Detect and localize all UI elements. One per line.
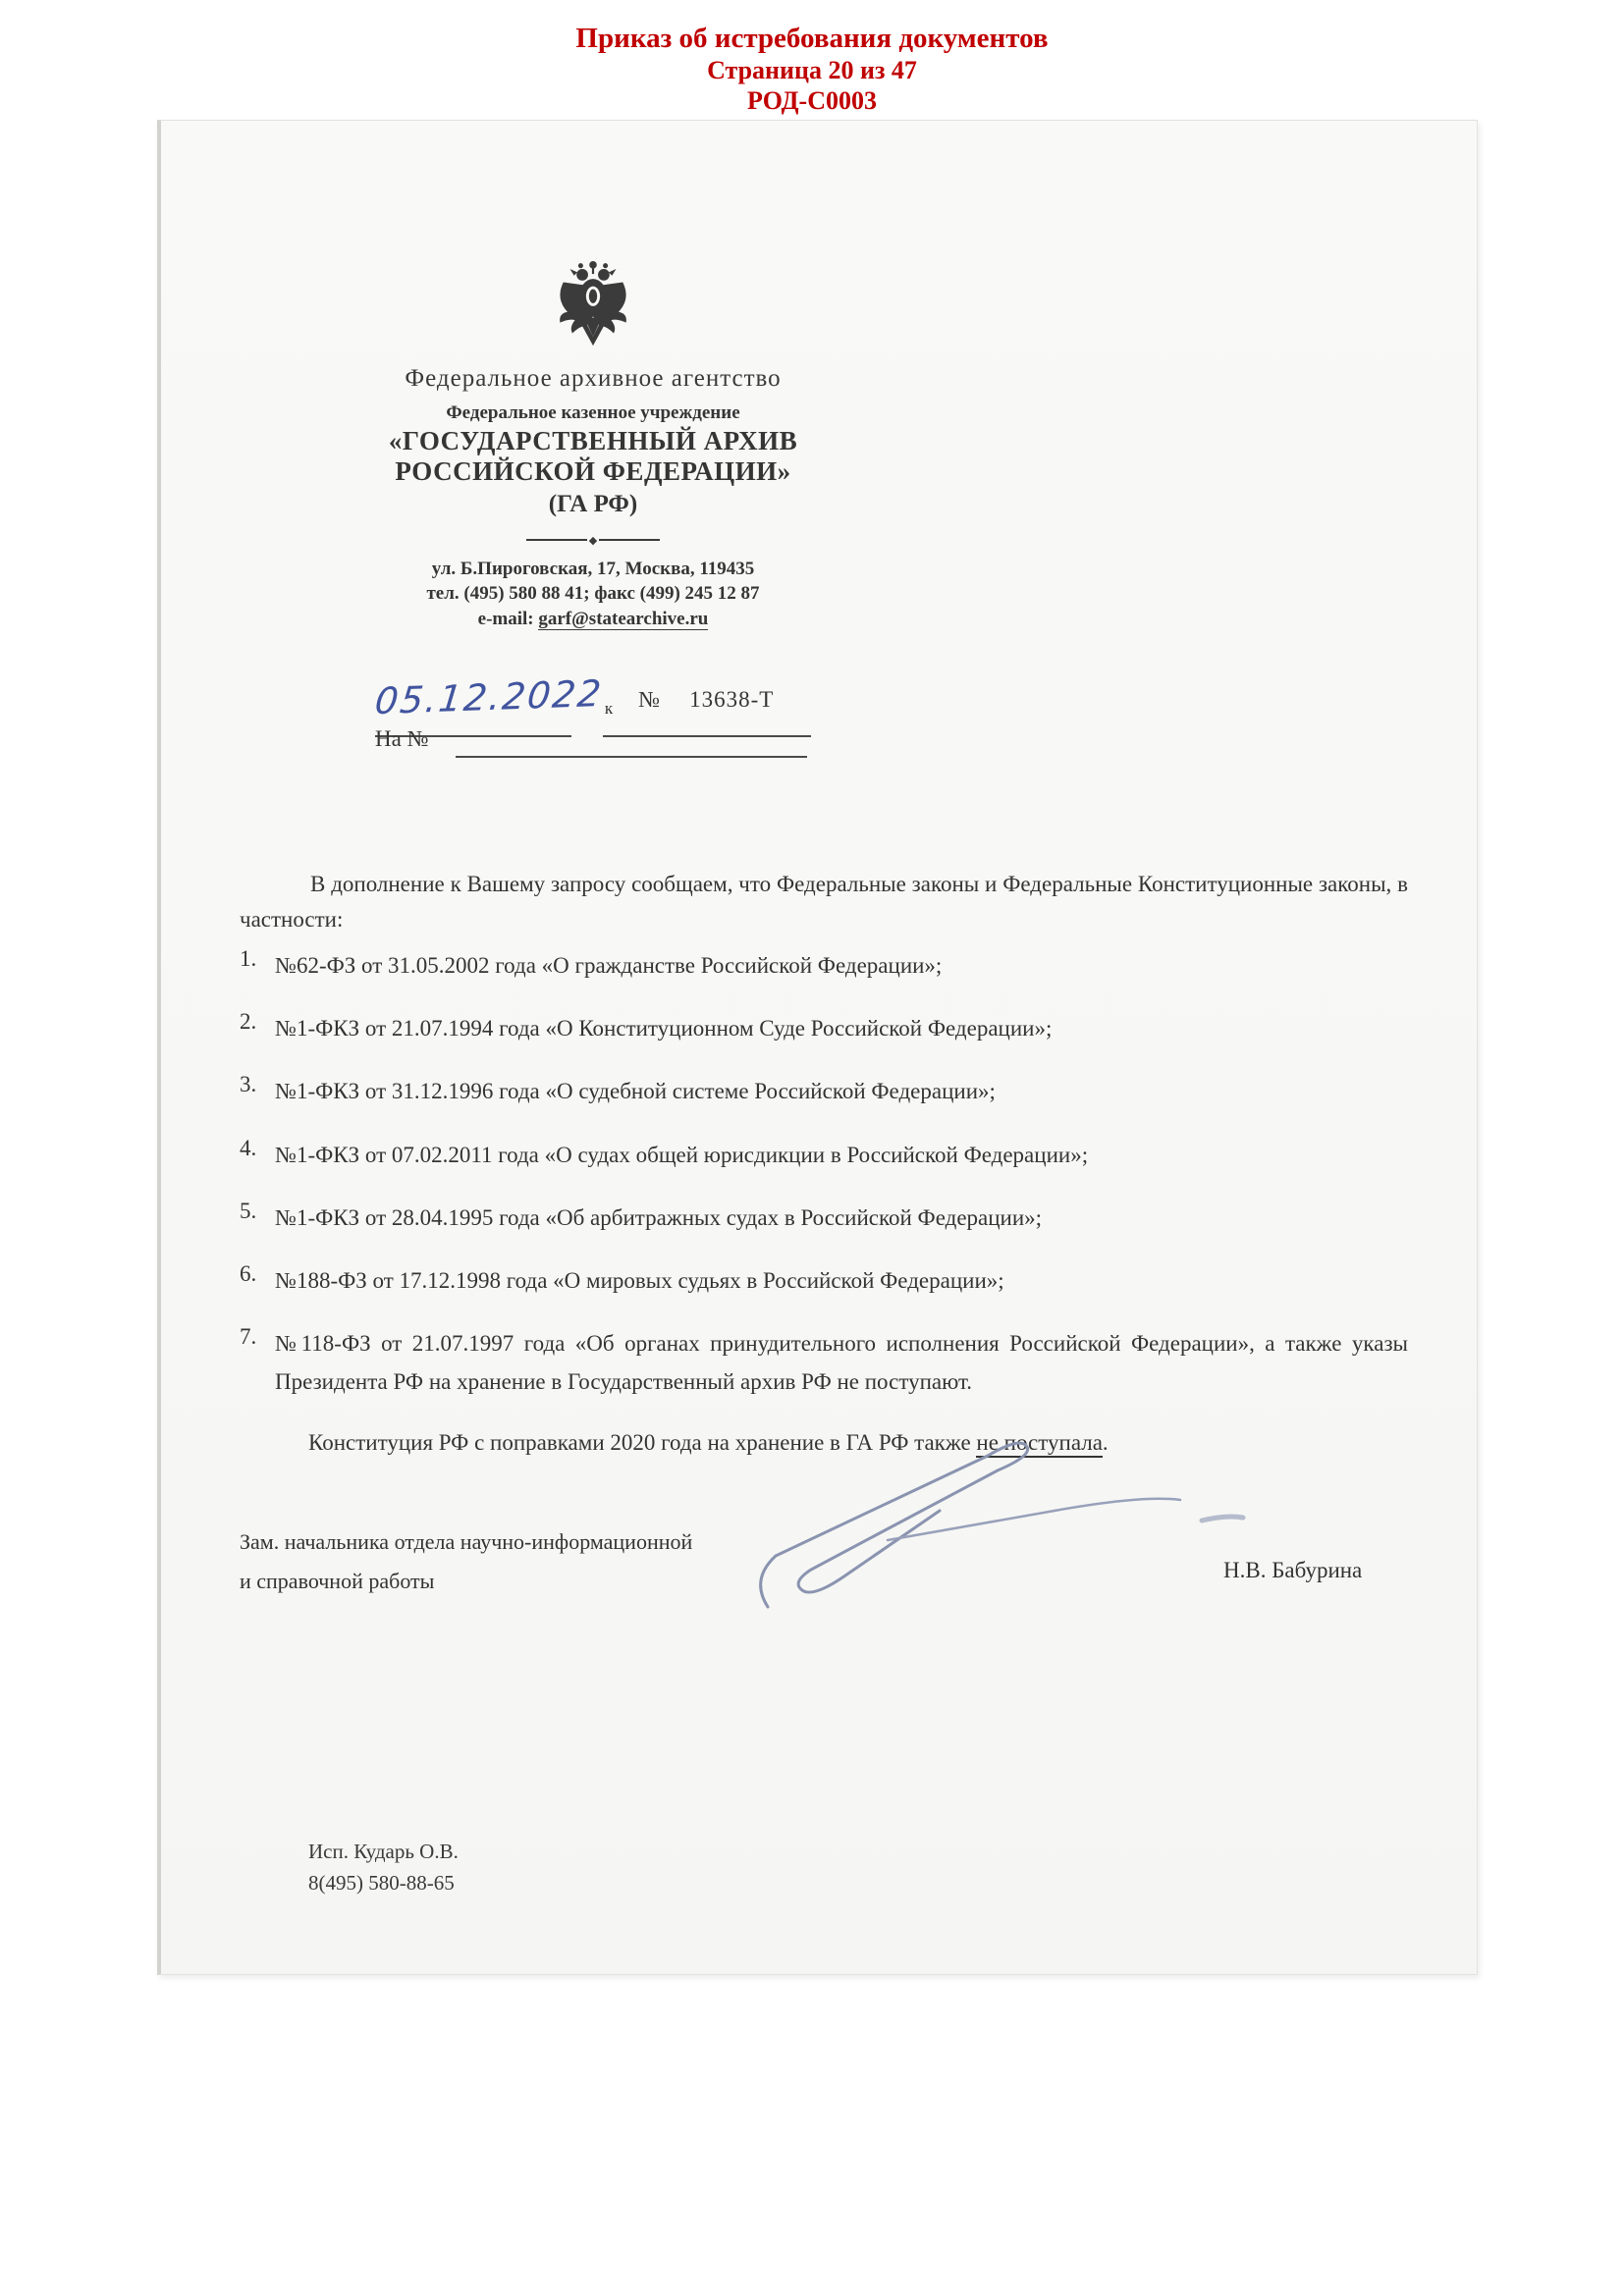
executor-phone: 8(495) 580-88-65 xyxy=(308,1868,459,1899)
number-sign: № xyxy=(638,687,660,713)
diamond-icon: ◆ xyxy=(589,534,597,547)
double-headed-eagle-emblem-icon xyxy=(552,258,634,352)
handwritten-date: 05.12.2022 xyxy=(373,672,605,722)
reference-block: 05.12.2022 к № 13638-Т На № xyxy=(375,676,1003,752)
reply-reference-line: На № xyxy=(375,726,1003,752)
list-item: 4.№1-ФКЗ от 07.02.2011 года «О судах общ… xyxy=(240,1136,1408,1174)
repository-header: Приказ об истребования документов Страни… xyxy=(0,24,1624,114)
list-item: 2.№1-ФКЗ от 21.07.1994 года «О Конституц… xyxy=(240,1009,1408,1047)
list-item: 3.№1-ФКЗ от 31.12.1996 года «О судебной … xyxy=(240,1072,1408,1110)
list-item: 6.№188-ФЗ от 17.12.1998 года «О мировых … xyxy=(240,1261,1408,1300)
intro-paragraph: В дополнение к Вашему запросу сообщаем, … xyxy=(240,867,1408,936)
letterhead: Федеральное архивное агентство Федеральн… xyxy=(161,258,1025,631)
signer-position: Зам. начальника отдела научно-информацио… xyxy=(240,1522,692,1600)
list-item: 5.№1-ФКЗ от 28.04.1995 года «Об арбитраж… xyxy=(240,1199,1408,1237)
signer-name: Н.В. Бабурина xyxy=(1223,1558,1362,1583)
document-code: РОД-С0003 xyxy=(0,87,1624,114)
document-title: Приказ об истребования документов xyxy=(0,24,1624,53)
postal-address: ул. Б.Пироговская, 17, Москва, 119435 xyxy=(161,557,1025,582)
list-item: 1.№62-ФЗ от 31.05.2002 года «О гражданст… xyxy=(240,946,1408,985)
archive-abbreviation: (ГА РФ) xyxy=(161,491,1025,518)
email-address: garf@statearchive.ru xyxy=(538,609,708,630)
page-indicator: Страница 20 из 47 xyxy=(0,57,1624,83)
agency-name: Федеральное архивное агентство xyxy=(161,365,1025,393)
institution-type: Федеральное казенное учреждение xyxy=(161,402,1025,424)
letterhead-divider: ◆ xyxy=(161,534,1025,547)
letter-body: В дополнение к Вашему запросу сообщаем, … xyxy=(240,867,1408,1484)
list-item: 7.№118-ФЗ от 21.07.1997 года «Об органах… xyxy=(240,1324,1408,1401)
scanned-letter-page: Федеральное архивное агентство Федеральн… xyxy=(157,120,1478,1975)
executor-block: Исп. Кударь О.В. 8(495) 580-88-65 xyxy=(308,1837,459,1898)
law-list: 1.№62-ФЗ от 31.05.2002 года «О гражданст… xyxy=(240,946,1408,1401)
email-line: e-mail: garf@statearchive.ru xyxy=(161,607,1025,632)
handwritten-signature-icon xyxy=(740,1415,1271,1621)
phone-fax: тел. (495) 580 88 41; факс (499) 245 12 … xyxy=(161,581,1025,607)
reply-underline xyxy=(456,756,807,758)
outgoing-number: 13638-Т xyxy=(689,687,774,713)
executor-name: Исп. Кударь О.В. xyxy=(308,1837,459,1868)
archive-name: «ГОСУДАРСТВЕННЫЙ АРХИВ РОССИЙСКОЙ ФЕДЕРА… xyxy=(161,426,1025,487)
contact-block: ул. Б.Пироговская, 17, Москва, 119435 те… xyxy=(161,557,1025,632)
